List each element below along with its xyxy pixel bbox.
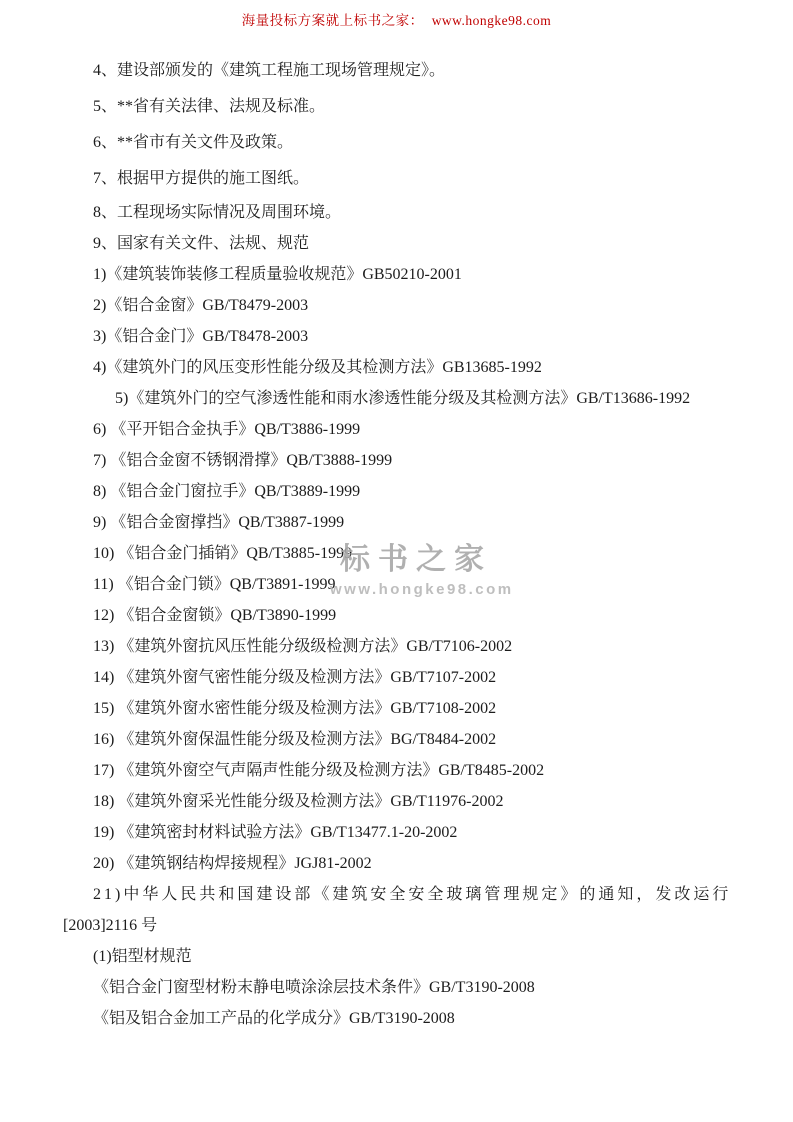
document-line: 6) 《平开铝合金执手》QB/T3886-1999 bbox=[63, 414, 738, 445]
page-header: 海量投标方案就上标书之家：www.hongke98.com bbox=[0, 9, 793, 29]
document-line: 4、建设部颁发的《建筑工程施工现场管理规定》。 bbox=[63, 53, 738, 89]
document-line: 20) 《建筑钢结构焊接规程》JGJ81-2002 bbox=[63, 848, 738, 879]
document-line: 《铝及铝合金加工产品的化学成分》GB/T3190-2008 bbox=[63, 1003, 738, 1034]
document-line: 10) 《铝合金门插销》QB/T3885-1999 bbox=[63, 538, 738, 569]
document-line: 5、**省有关法律、法规及标准。 bbox=[63, 89, 738, 125]
document-line: 15) 《建筑外窗水密性能分级及检测方法》GB/T7108-2002 bbox=[63, 693, 738, 724]
document-line: [2003]2116 号 bbox=[63, 910, 738, 941]
document-line: 18) 《建筑外窗采光性能分级及检测方法》GB/T11976-2002 bbox=[63, 786, 738, 817]
document-line: 8) 《铝合金门窗拉手》QB/T3889-1999 bbox=[63, 476, 738, 507]
document-line: 14) 《建筑外窗气密性能分级及检测方法》GB/T7107-2002 bbox=[63, 662, 738, 693]
document-line: 17) 《建筑外窗空气声隔声性能分级及检测方法》GB/T8485-2002 bbox=[63, 755, 738, 786]
document-page: 海量投标方案就上标书之家：www.hongke98.com 4、建设部颁发的《建… bbox=[0, 0, 793, 1122]
document-line: 19) 《建筑密封材料试验方法》GB/T13477.1-20-2002 bbox=[63, 817, 738, 848]
document-line: (1)铝型材规范 bbox=[63, 941, 738, 972]
document-line: 1)《建筑装饰装修工程质量验收规范》GB50210-2001 bbox=[63, 259, 738, 290]
document-line: 12) 《铝合金窗锁》QB/T3890-1999 bbox=[63, 600, 738, 631]
document-line: 2)《铝合金窗》GB/T8479-2003 bbox=[63, 290, 738, 321]
document-body: 4、建设部颁发的《建筑工程施工现场管理规定》。5、**省有关法律、法规及标准。6… bbox=[63, 53, 738, 1034]
document-line: 9、国家有关文件、法规、规范 bbox=[63, 228, 738, 259]
document-line: 11) 《铝合金门锁》QB/T3891-1999 bbox=[63, 569, 738, 600]
document-line: 16) 《建筑外窗保温性能分级及检测方法》BG/T8484-2002 bbox=[63, 724, 738, 755]
document-line: 21)中华人民共和国建设部《建筑安全安全玻璃管理规定》的通知，发改运行 bbox=[63, 879, 738, 910]
document-line: 9) 《铝合金窗撑挡》QB/T3887-1999 bbox=[63, 507, 738, 538]
document-line: 7、根据甲方提供的施工图纸。 bbox=[63, 161, 738, 197]
header-slogan: 海量投标方案就上标书之家： bbox=[242, 13, 424, 28]
document-line: 13) 《建筑外窗抗风压性能分级级检测方法》GB/T7106-2002 bbox=[63, 631, 738, 662]
document-line: 8、工程现场实际情况及周围环境。 bbox=[63, 197, 738, 228]
header-site-url: www.hongke98.com bbox=[432, 13, 552, 28]
document-line: 《铝合金门窗型材粉末静电喷涂涂层技术条件》GB/T3190-2008 bbox=[63, 972, 738, 1003]
document-line: 7) 《铝合金窗不锈钢滑撑》QB/T3888-1999 bbox=[63, 445, 738, 476]
document-line: 5)《建筑外门的空气渗透性能和雨水渗透性能分级及其检测方法》GB/T13686-… bbox=[63, 383, 738, 414]
document-line: 3)《铝合金门》GB/T8478-2003 bbox=[63, 321, 738, 352]
document-line: 4)《建筑外门的风压变形性能分级及其检测方法》GB13685-1992 bbox=[63, 352, 738, 383]
document-line: 6、**省市有关文件及政策。 bbox=[63, 125, 738, 161]
